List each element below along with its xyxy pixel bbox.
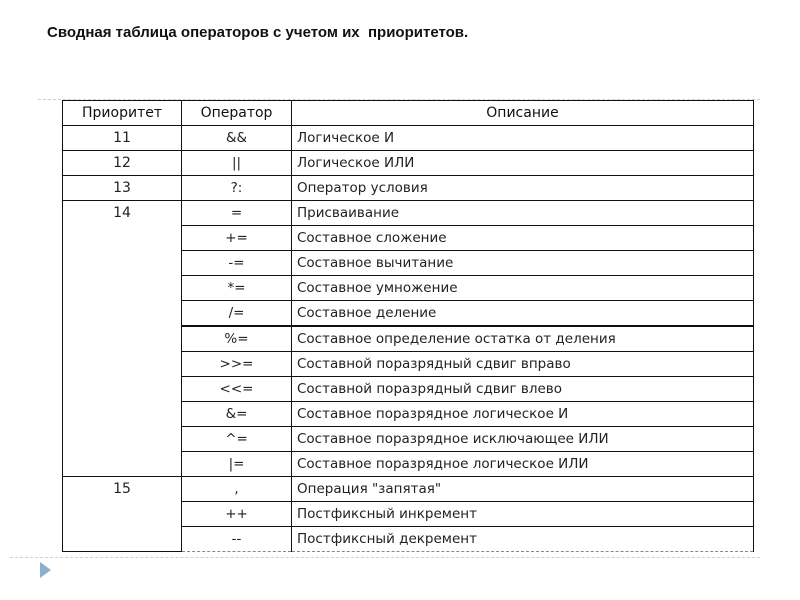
description-cell: Составное поразрядное исключающее ИЛИ <box>292 427 754 452</box>
operator-cell: , <box>182 477 292 502</box>
table-row: 12||Логическое ИЛИ <box>63 151 754 176</box>
operator-cell: /= <box>182 301 292 327</box>
description-cell: Оператор условия <box>292 176 754 201</box>
operator-cell: -= <box>182 251 292 276</box>
operator-cell: && <box>182 126 292 151</box>
operator-cell: *= <box>182 276 292 301</box>
description-cell: Составное определение остатка от деления <box>292 326 754 352</box>
description-cell: Составное умножение <box>292 276 754 301</box>
table-row: 13?:Оператор условия <box>63 176 754 201</box>
description-cell: Составное деление <box>292 301 754 327</box>
header-priority: Приоритет <box>63 101 182 126</box>
table-row: 11&&Логическое И <box>63 126 754 151</box>
header-description: Описание <box>292 101 754 126</box>
description-cell: Присваивание <box>292 201 754 226</box>
description-cell: Составной поразрядный сдвиг вправо <box>292 352 754 377</box>
triangle-bullet-icon <box>40 562 51 578</box>
slide-title: Сводная таблица операторов с учетом их п… <box>47 24 468 41</box>
operator-cell: <<= <box>182 377 292 402</box>
priority-cell: 11 <box>63 126 182 151</box>
description-cell: Логическое ИЛИ <box>292 151 754 176</box>
operator-cell: ^= <box>182 427 292 452</box>
operator-cell: &= <box>182 402 292 427</box>
table-body: 11&&Логическое И12||Логическое ИЛИ13?:Оп… <box>63 126 754 552</box>
operator-cell: >>= <box>182 352 292 377</box>
description-cell: Составной поразрядный сдвиг влево <box>292 377 754 402</box>
operator-cell: += <box>182 226 292 251</box>
description-cell: Составное сложение <box>292 226 754 251</box>
priority-cell: 15 <box>63 477 182 552</box>
operator-priority-table: Приоритет Оператор Описание 11&&Логическ… <box>62 100 754 552</box>
description-cell: Постфиксный инкремент <box>292 502 754 527</box>
priority-cell: 12 <box>63 151 182 176</box>
operator-cell: ++ <box>182 502 292 527</box>
table-header-row: Приоритет Оператор Описание <box>63 101 754 126</box>
priority-cell: 13 <box>63 176 182 201</box>
description-cell: Составное вычитание <box>292 251 754 276</box>
operator-cell: = <box>182 201 292 226</box>
operator-cell: %= <box>182 326 292 352</box>
header-operator: Оператор <box>182 101 292 126</box>
operator-cell: ?: <box>182 176 292 201</box>
priority-cell: 14 <box>63 201 182 477</box>
description-cell: Составное поразрядное логическое И <box>292 402 754 427</box>
description-cell: Логическое И <box>292 126 754 151</box>
table-row: 14=Присваивание <box>63 201 754 226</box>
operator-cell: || <box>182 151 292 176</box>
description-cell: Составное поразрядное логическое ИЛИ <box>292 452 754 477</box>
description-cell: Постфиксный декремент <box>292 527 754 552</box>
table-row: 15,Операция "запятая" <box>63 477 754 502</box>
placeholder-guide-bottom <box>10 557 760 558</box>
operator-cell: |= <box>182 452 292 477</box>
operator-cell: -- <box>182 527 292 552</box>
description-cell: Операция "запятая" <box>292 477 754 502</box>
